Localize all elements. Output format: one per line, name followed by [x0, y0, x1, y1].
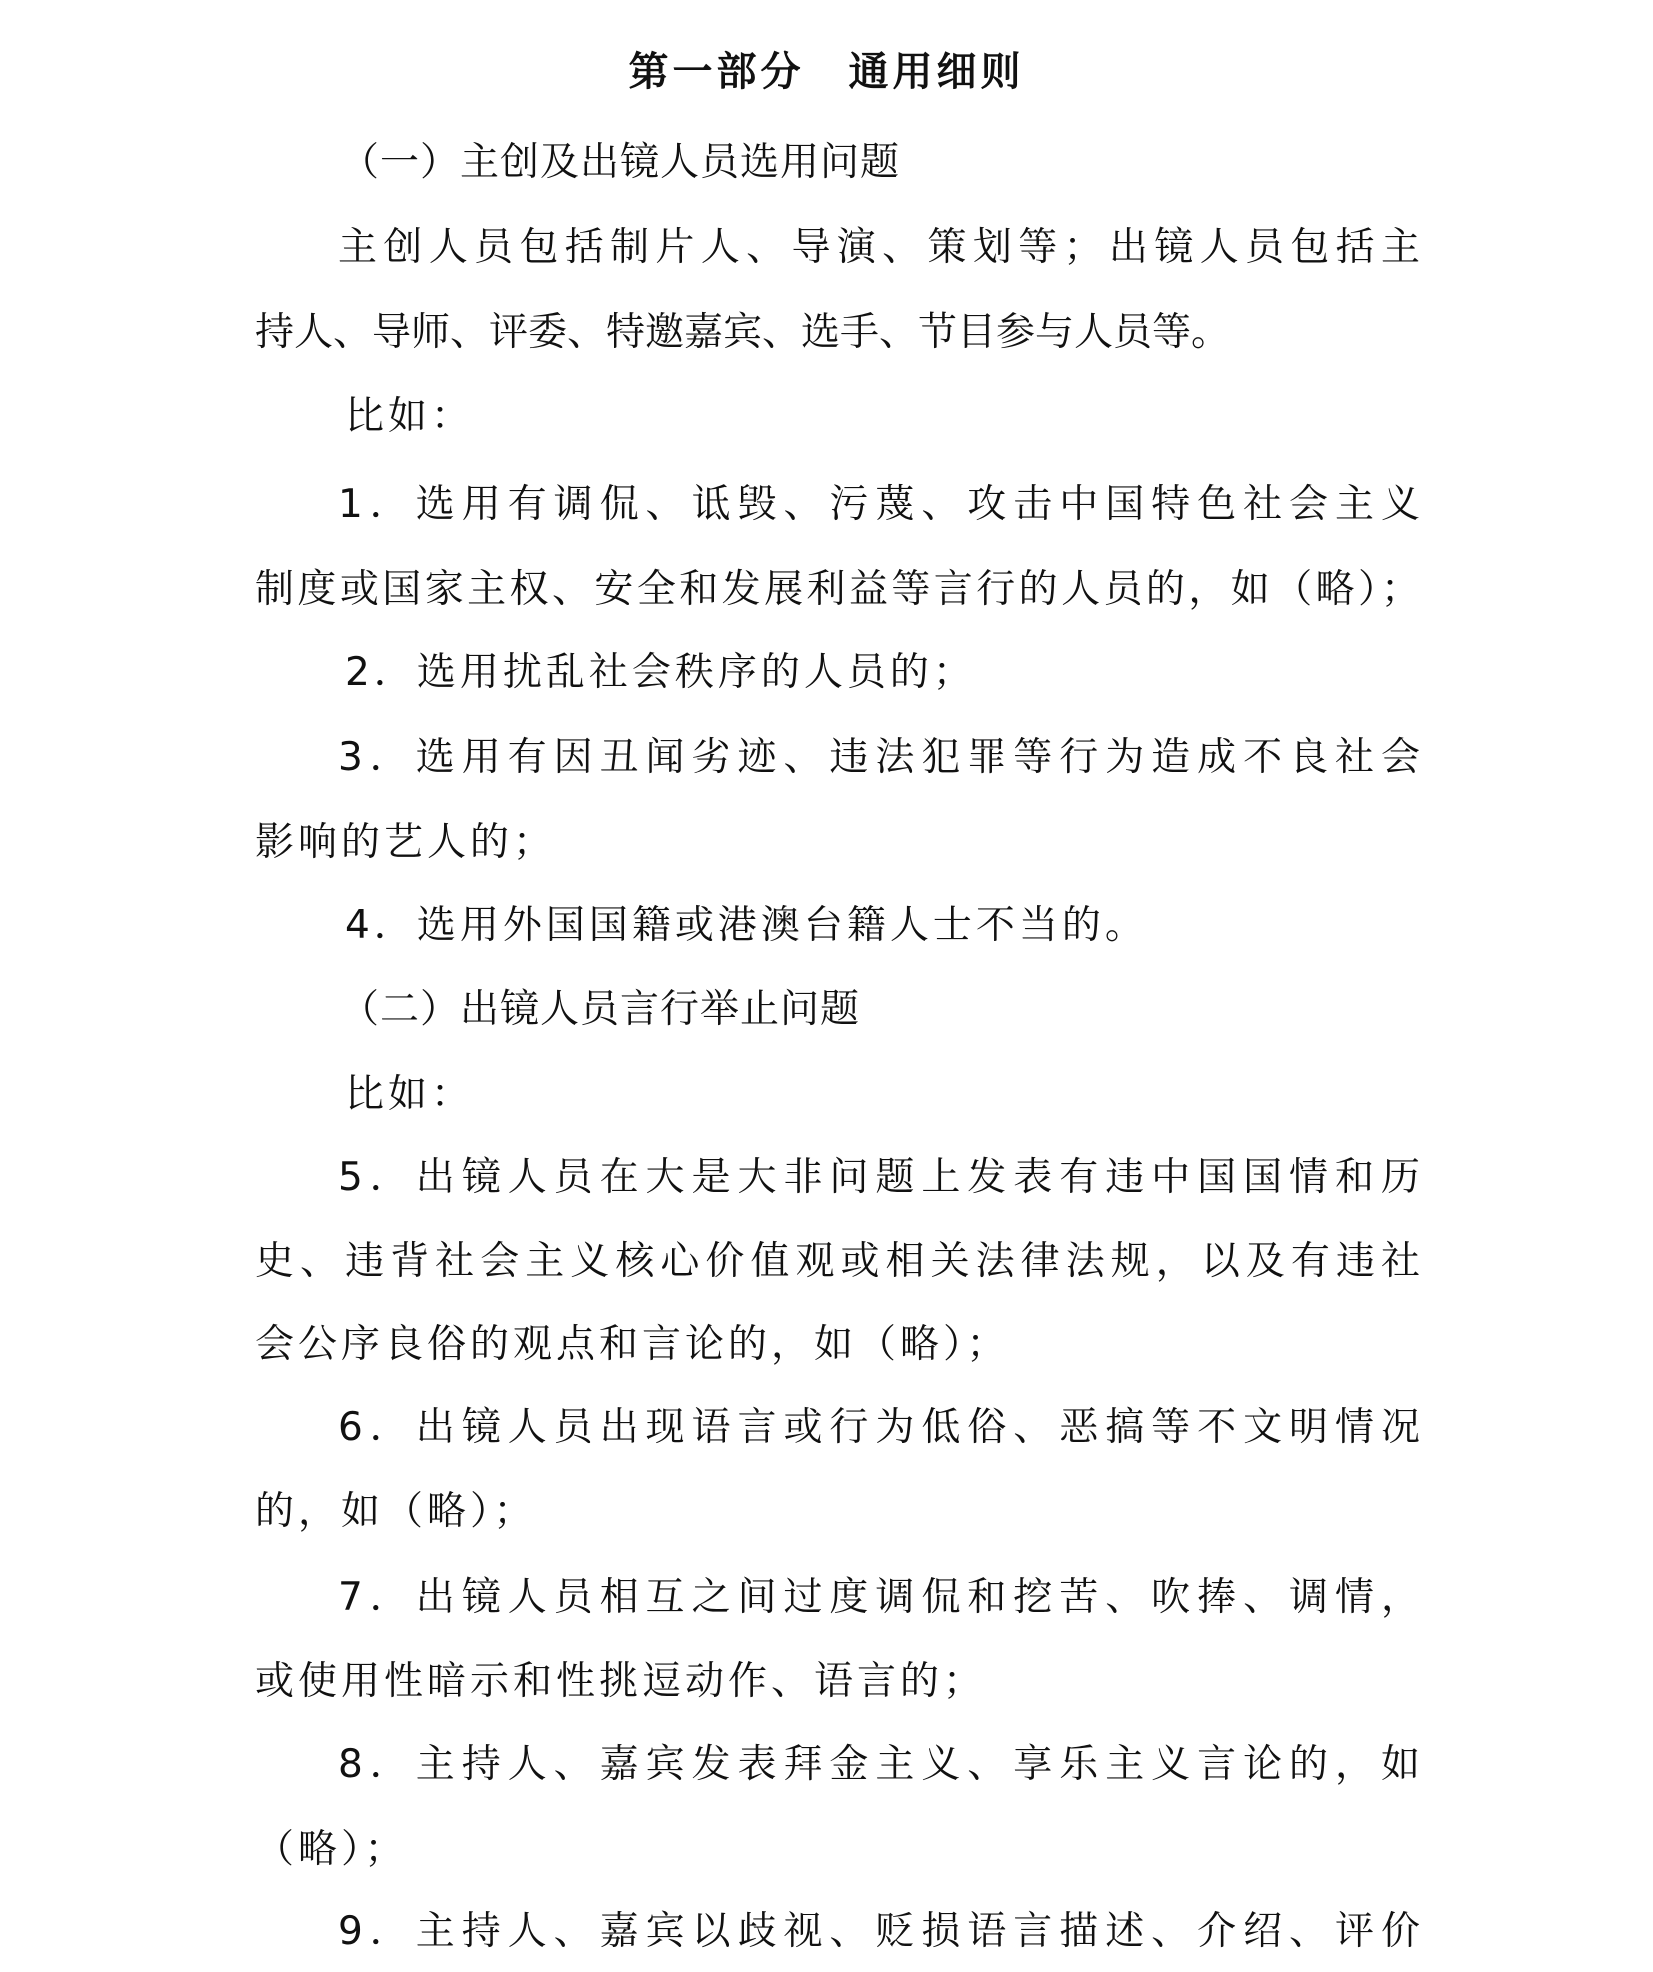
- list-item-9: 9．主持人、嘉宾以歧视、贬损语言描述、介绍、评价: [338, 1902, 1420, 1962]
- part-title: 第一部分 通用细则: [0, 42, 1653, 102]
- list-item-2: 2．选用扰乱社会秩序的人员的；: [345, 643, 976, 703]
- list-item-5: 5．出镜人员在大是大非问题上发表有违中国国情和历: [338, 1148, 1420, 1208]
- example-label: 比如：: [345, 1065, 474, 1125]
- list-item-8-cont: （略）；: [255, 1820, 408, 1880]
- document-page: 第一部分 通用细则 （一）主创及出镜人员选用问题 主创人员包括制片人、导演、策划…: [0, 0, 1653, 1972]
- list-item-7-cont: 或使用性暗示和性挑逗动作、语言的；: [255, 1652, 986, 1712]
- list-item-8: 8．主持人、嘉宾发表拜金主义、享乐主义言论的，如: [338, 1735, 1420, 1795]
- intro-line: 持人、导师、评委、特邀嘉宾、选手、节目参与人员等。: [255, 303, 1420, 363]
- list-item-7: 7．出镜人员相互之间过度调侃和挖苦、吹捧、调情，: [338, 1568, 1420, 1628]
- list-item-1: 1．选用有调侃、诋毁、污蔑、攻击中国特色社会主义: [338, 475, 1420, 535]
- list-item-5-cont: 会公序良俗的观点和言论的，如（略）；: [255, 1315, 1010, 1375]
- list-item-5-cont: 史、违背社会主义核心价值观或相关法律法规，以及有违社: [255, 1232, 1420, 1292]
- list-item-1-cont: 制度或国家主权、安全和发展利益等言行的人员的，如（略）；: [255, 560, 1420, 620]
- section-heading-1: （一）主创及出镜人员选用问题: [340, 133, 900, 193]
- list-item-4: 4．选用外国国籍或港澳台籍人士不当的。: [345, 896, 1148, 956]
- list-item-3: 3．选用有因丑闻劣迹、违法犯罪等行为造成不良社会: [338, 728, 1420, 788]
- example-label: 比如：: [345, 387, 474, 447]
- intro-line: 主创人员包括制片人、导演、策划等；出镜人员包括主: [338, 218, 1420, 278]
- list-item-6-cont: 的，如（略）；: [255, 1482, 537, 1542]
- list-item-3-cont: 影响的艺人的；: [255, 813, 556, 873]
- section-heading-2: （二）出镜人员言行举止问题: [340, 980, 860, 1040]
- list-item-6: 6．出镜人员出现语言或行为低俗、恶搞等不文明情况: [338, 1398, 1420, 1458]
